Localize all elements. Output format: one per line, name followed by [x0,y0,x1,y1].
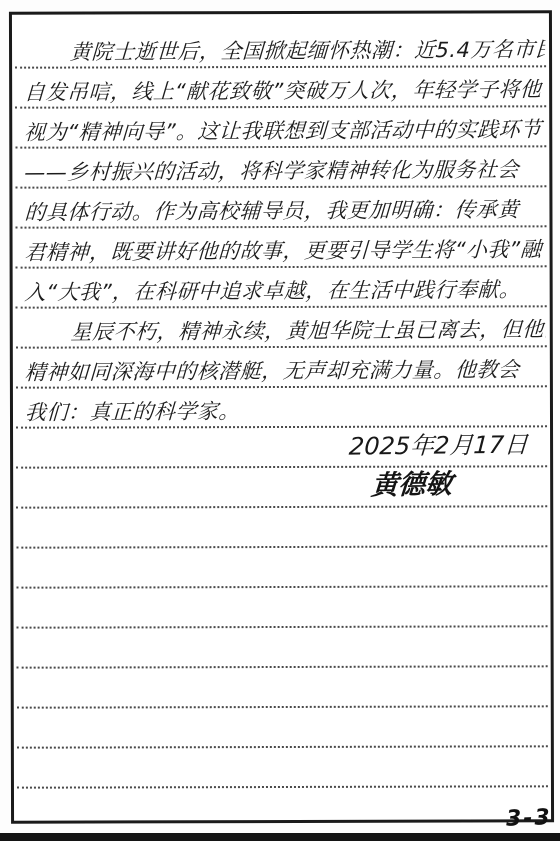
rule-line [17,665,548,668]
rule-line [17,705,548,708]
handwriting-line: ——乡村振兴的活动，将科学家精神转化为服务社会 [24,152,547,189]
handwriting-line: 黄院士逝世后，全国掀起缅怀热潮：近5.4万名市民 [23,32,546,69]
handwriting-line: 精神如同深海中的核潜艇，无声却充满力量。他教会 [24,352,547,389]
scanned-document: 黄院士逝世后，全国掀起缅怀热潮：近5.4万名市民 自发吊唁，线上“献花致敬”突破… [0,0,560,841]
handwriting-line: 视为“精神向导”。这让我联想到支部活动中的实践环节 [23,112,546,149]
rule-line [16,545,547,548]
handwriting-line: 君精神，既要讲好他的故事，更要引导学生将“小我”融 [24,232,547,269]
rule-line [16,465,547,468]
rule-line [16,585,547,588]
handwriting-line: 的具体行动。作为高校辅导员，我更加明确：传承黄 [24,192,547,229]
handwriting-line: 入“大我”，在科研中追求卓越，在生活中践行奉献。 [24,272,547,309]
rule-line [16,505,547,508]
paper-sheet: 黄院士逝世后，全国掀起缅怀热潮：近5.4万名市民 自发吊唁，线上“献花致敬”突破… [9,10,554,823]
handwriting-line: 自发吊唁，线上“献花致敬”突破万人次，年轻学子将他 [23,72,546,109]
scan-edge-bar [0,833,560,841]
signature-handwritten: 黄德敏 [370,465,454,507]
page-number-label: 3-3 [506,805,553,832]
rule-line [17,785,548,788]
handwriting-line: 星辰不朽，精神永续，黄旭华院士虽已离去，但他的 [24,312,547,349]
rule-line [17,745,548,748]
rule-lines [12,13,549,14]
date-handwritten: 2025年2月17日 [348,427,529,465]
handwriting-line: 我们：真正的科学家。 [24,392,547,429]
rule-line [17,625,548,628]
